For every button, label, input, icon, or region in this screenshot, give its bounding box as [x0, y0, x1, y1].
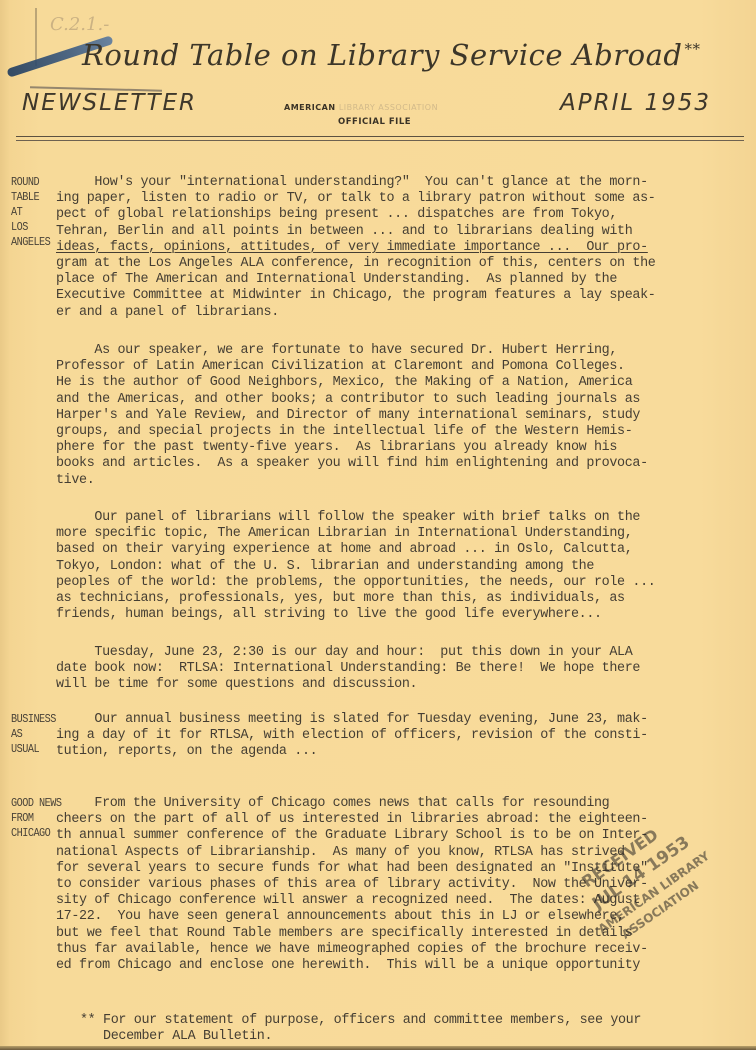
side-label: ROUND TABLE AT LOS ANGELES [11, 175, 50, 250]
footnote-line: December ALA Bulletin. [80, 1029, 740, 1045]
text-line: er and a panel of librarians. [56, 305, 716, 321]
text-line: cheers on the part of all of us interest… [56, 812, 716, 828]
text-line: to consider various phases of this area … [56, 877, 716, 893]
text-line: As our speaker, we are fortunate to have… [56, 343, 716, 359]
text-line: peoples of the world: the problems, the … [56, 575, 716, 591]
paragraph: As our speaker, we are fortunate to have… [56, 343, 716, 489]
text-line: Harper's and Yale Review, and Director o… [56, 408, 716, 424]
paragraph: How's your "international understanding?… [56, 175, 716, 321]
text-line: ed from Chicago and enclose one herewith… [56, 958, 716, 974]
side-label: BUSINESS AS USUAL [11, 712, 56, 757]
text-line: gram at the Los Angeles ALA conference, … [56, 256, 716, 272]
text-line: friends, human beings, all striving to l… [56, 607, 716, 623]
text-line: How's your "international understanding?… [56, 175, 716, 191]
stamp-american: AMERICAN [284, 103, 336, 112]
text-line: Executive Committee at Midwinter in Chic… [56, 288, 716, 304]
text-line: will be time for some questions and disc… [56, 677, 716, 693]
paragraph: Our panel of librarians will follow the … [56, 510, 716, 623]
paragraph: Tuesday, June 23, 2:30 is our day and ho… [56, 645, 716, 694]
text-line: Tokyo, London: what of the U. S. librari… [56, 559, 716, 575]
text-line: pect of global relationships being prese… [56, 207, 716, 223]
text-line: th annual summer conference of the Gradu… [56, 828, 716, 844]
text-line: tution, reports, on the agenda ... [56, 744, 716, 760]
paragraph: Our annual business meeting is slated fo… [56, 712, 716, 761]
text-line: groups, and special projects in the inte… [56, 424, 716, 440]
text-line: for several years to secure funds for wh… [56, 861, 716, 877]
text-line: ing a day of it for RTLSA, with election… [56, 728, 716, 744]
text-line: Tehran, Berlin and all points in between… [56, 224, 716, 240]
newsletter-label: NEWSLETTER [22, 90, 197, 116]
text-line: and the Americas, and other books; a con… [56, 392, 716, 408]
paragraph: From the University of Chicago comes new… [56, 796, 716, 974]
text-line: national Aspects of Librarianship. As ma… [56, 845, 716, 861]
text-line: He is the author of Good Neighbors, Mexi… [56, 375, 716, 391]
text-line: Our annual business meeting is slated fo… [56, 712, 716, 728]
page-bottom-edge [0, 1046, 756, 1050]
ala-official-stamp-line1: AMERICAN LIBRARY ASSOCIATION [284, 103, 438, 112]
text-line: but we feel that Round Table members are… [56, 926, 716, 942]
text-line: phere for the past twenty-five years. As… [56, 440, 716, 456]
pencil-annotation: C.2.1.- [50, 14, 109, 35]
text-line: date book now: RTLSA: International Unde… [56, 661, 716, 677]
text-line: based on their varying experience at hom… [56, 542, 716, 558]
text-line: thus far available, hence we have mimeog… [56, 942, 716, 958]
text-line: Professor of Latin American Civilization… [56, 359, 716, 375]
text-line: tive. [56, 473, 716, 489]
text-line: more specific topic, The American Librar… [56, 526, 716, 542]
text-line: Our panel of librarians will follow the … [56, 510, 716, 526]
footnote-line: ** For our statement of purpose, officer… [80, 1013, 740, 1029]
text-line: ing paper, listen to radio or TV, or tal… [56, 191, 716, 207]
text-line: From the University of Chicago comes new… [56, 796, 716, 812]
stamp-library-association: LIBRARY ASSOCIATION [339, 103, 438, 112]
text-line: Tuesday, June 23, 2:30 is our day and ho… [56, 645, 716, 661]
issue-date: APRIL 1953 [560, 90, 711, 116]
title-asterisks: ** [684, 40, 700, 58]
newsletter-title: Round Table on Library Service Abroad** [82, 38, 700, 72]
footnote: ** For our statement of purpose, officer… [80, 1013, 740, 1045]
masthead-divider [16, 136, 744, 141]
ala-official-stamp-line2: OFFICIAL FILE [338, 117, 411, 127]
text-line: place of The American and International … [56, 272, 716, 288]
title-text: Round Table on Library Service Abroad [82, 38, 682, 72]
text-line: books and articles. As a speaker you wil… [56, 456, 716, 472]
text-line: sity of Chicago conference will answer a… [56, 893, 716, 909]
text-line: ideas, facts, opinions, attitudes, of ve… [56, 240, 716, 256]
side-label: GOOD NEWS FROM CHICAGO [11, 796, 62, 841]
text-line: as technicians, professionals, yes, but … [56, 591, 716, 607]
text-line: 17-22. You have seen general announcemen… [56, 909, 716, 925]
